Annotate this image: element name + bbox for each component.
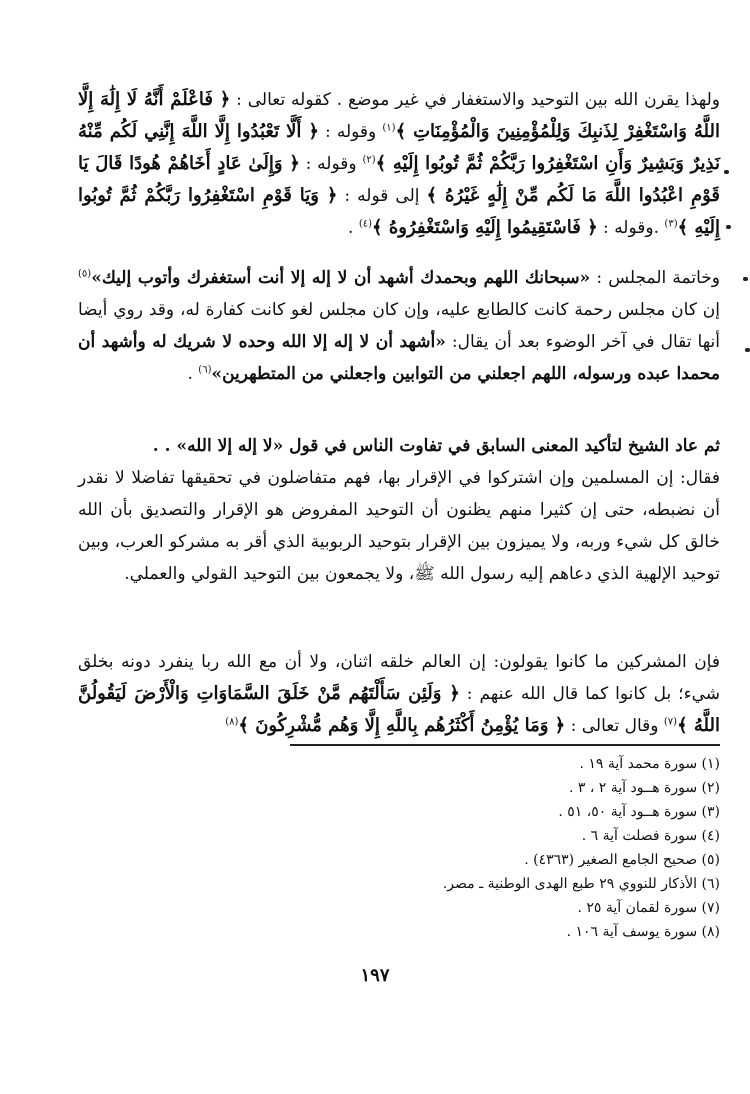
scan-artifact — [743, 277, 748, 281]
dua-text: «سبحانك اللهم وبحمدك أشهد أن لا إله إلا … — [91, 268, 590, 288]
footnote-item: (٧) سورة لقمان آية ٢٥ . — [290, 896, 720, 920]
connector-text: وقوله : — [319, 122, 383, 142]
footnote-ref[interactable]: (١) — [382, 122, 395, 133]
footnote-item: (٦) الأذكار للنووي ٢٩ طبع الهدى الوطنية … — [290, 872, 720, 896]
footnote-ref[interactable]: (٦) — [198, 364, 211, 375]
end-mark: . — [187, 364, 198, 384]
quran-verse: ﴿ فَاسْتَقِيمُوا إِلَيْهِ وَاسْتَغْفِرُو… — [372, 217, 598, 238]
paragraph-intro: ولهذا يقرن الله بين التوحيد والاستغفار ف… — [230, 90, 720, 110]
connector-text: .وقوله : — [598, 218, 665, 238]
paragraph-mushrikin: فإن المشركين ما كانوا يقولون: إن العالم … — [78, 646, 720, 742]
footnote-item: (١) سورة محمد آية ١٩ . — [290, 752, 720, 776]
connector-text: وقال تعالى : — [565, 716, 664, 736]
tawhid-section: ثم عاد الشيخ لتأكيد المعنى السابق في تفا… — [78, 430, 720, 590]
main-text: ولهذا يقرن الله بين التوحيد والاستغفار ف… — [78, 84, 720, 244]
footnote-item: (٥) صحيح الجامع الصغير (٤٣٦٣) . — [290, 848, 720, 872]
footnote-ref[interactable]: (٢) — [362, 154, 375, 165]
quran-verse: ﴿ وَمَا يُؤْمِنُ أَكْثَرُهُم بِاللَّهِ إ… — [238, 715, 565, 736]
footnote-ref[interactable]: (٤) — [359, 218, 372, 229]
footnote-ref[interactable]: (٥) — [78, 268, 91, 279]
footnotes: (١) سورة محمد آية ١٩ . (٢) سورة هــود آي… — [290, 752, 720, 944]
scan-artifact — [745, 348, 750, 352]
connector-text: إلى قوله : — [337, 186, 426, 206]
end-mark: . — [348, 218, 359, 238]
footnote-item: (٢) سورة هــود آية ٢ ، ٣ . — [290, 776, 720, 800]
footnote-ref[interactable]: (٨) — [225, 716, 238, 727]
book-page: ولهذا يقرن الله بين التوحيد والاستغفار ف… — [0, 0, 750, 1094]
page-number: ١٩٧ — [0, 965, 750, 986]
paragraph-closing-majlis: وخاتمة المجلس : «سبحانك اللهم وبحمدك أشه… — [78, 262, 720, 390]
closing-dua-section: وخاتمة المجلس : «سبحانك اللهم وبحمدك أشه… — [78, 262, 720, 390]
footnote-ref[interactable]: (٣) — [664, 218, 677, 229]
section-heading: ثم عاد الشيخ لتأكيد المعنى السابق في تفا… — [78, 430, 720, 462]
scan-artifact — [726, 225, 731, 229]
footnote-item: (٣) سورة هــود آية ٥٠، ٥١ . — [290, 800, 720, 824]
connector-text: وقوله : — [300, 154, 363, 174]
footnote-item: (٤) سورة فصلت آية ٦ . — [290, 824, 720, 848]
footnote-ref[interactable]: (٧) — [664, 716, 677, 727]
paragraph-tawhid: فقال: إن المسلمين وإن اشتركوا في الإقرار… — [78, 462, 720, 590]
footnote-separator — [290, 744, 720, 746]
footnote-item: (٨) سورة يوسف آية ١٠٦ . — [290, 920, 720, 944]
mushrikin-section: فإن المشركين ما كانوا يقولون: إن العالم … — [78, 646, 720, 742]
paragraph-istighfar: ولهذا يقرن الله بين التوحيد والاستغفار ف… — [78, 84, 720, 244]
scan-artifact — [724, 170, 729, 174]
paragraph-intro: وخاتمة المجلس : — [590, 268, 720, 288]
